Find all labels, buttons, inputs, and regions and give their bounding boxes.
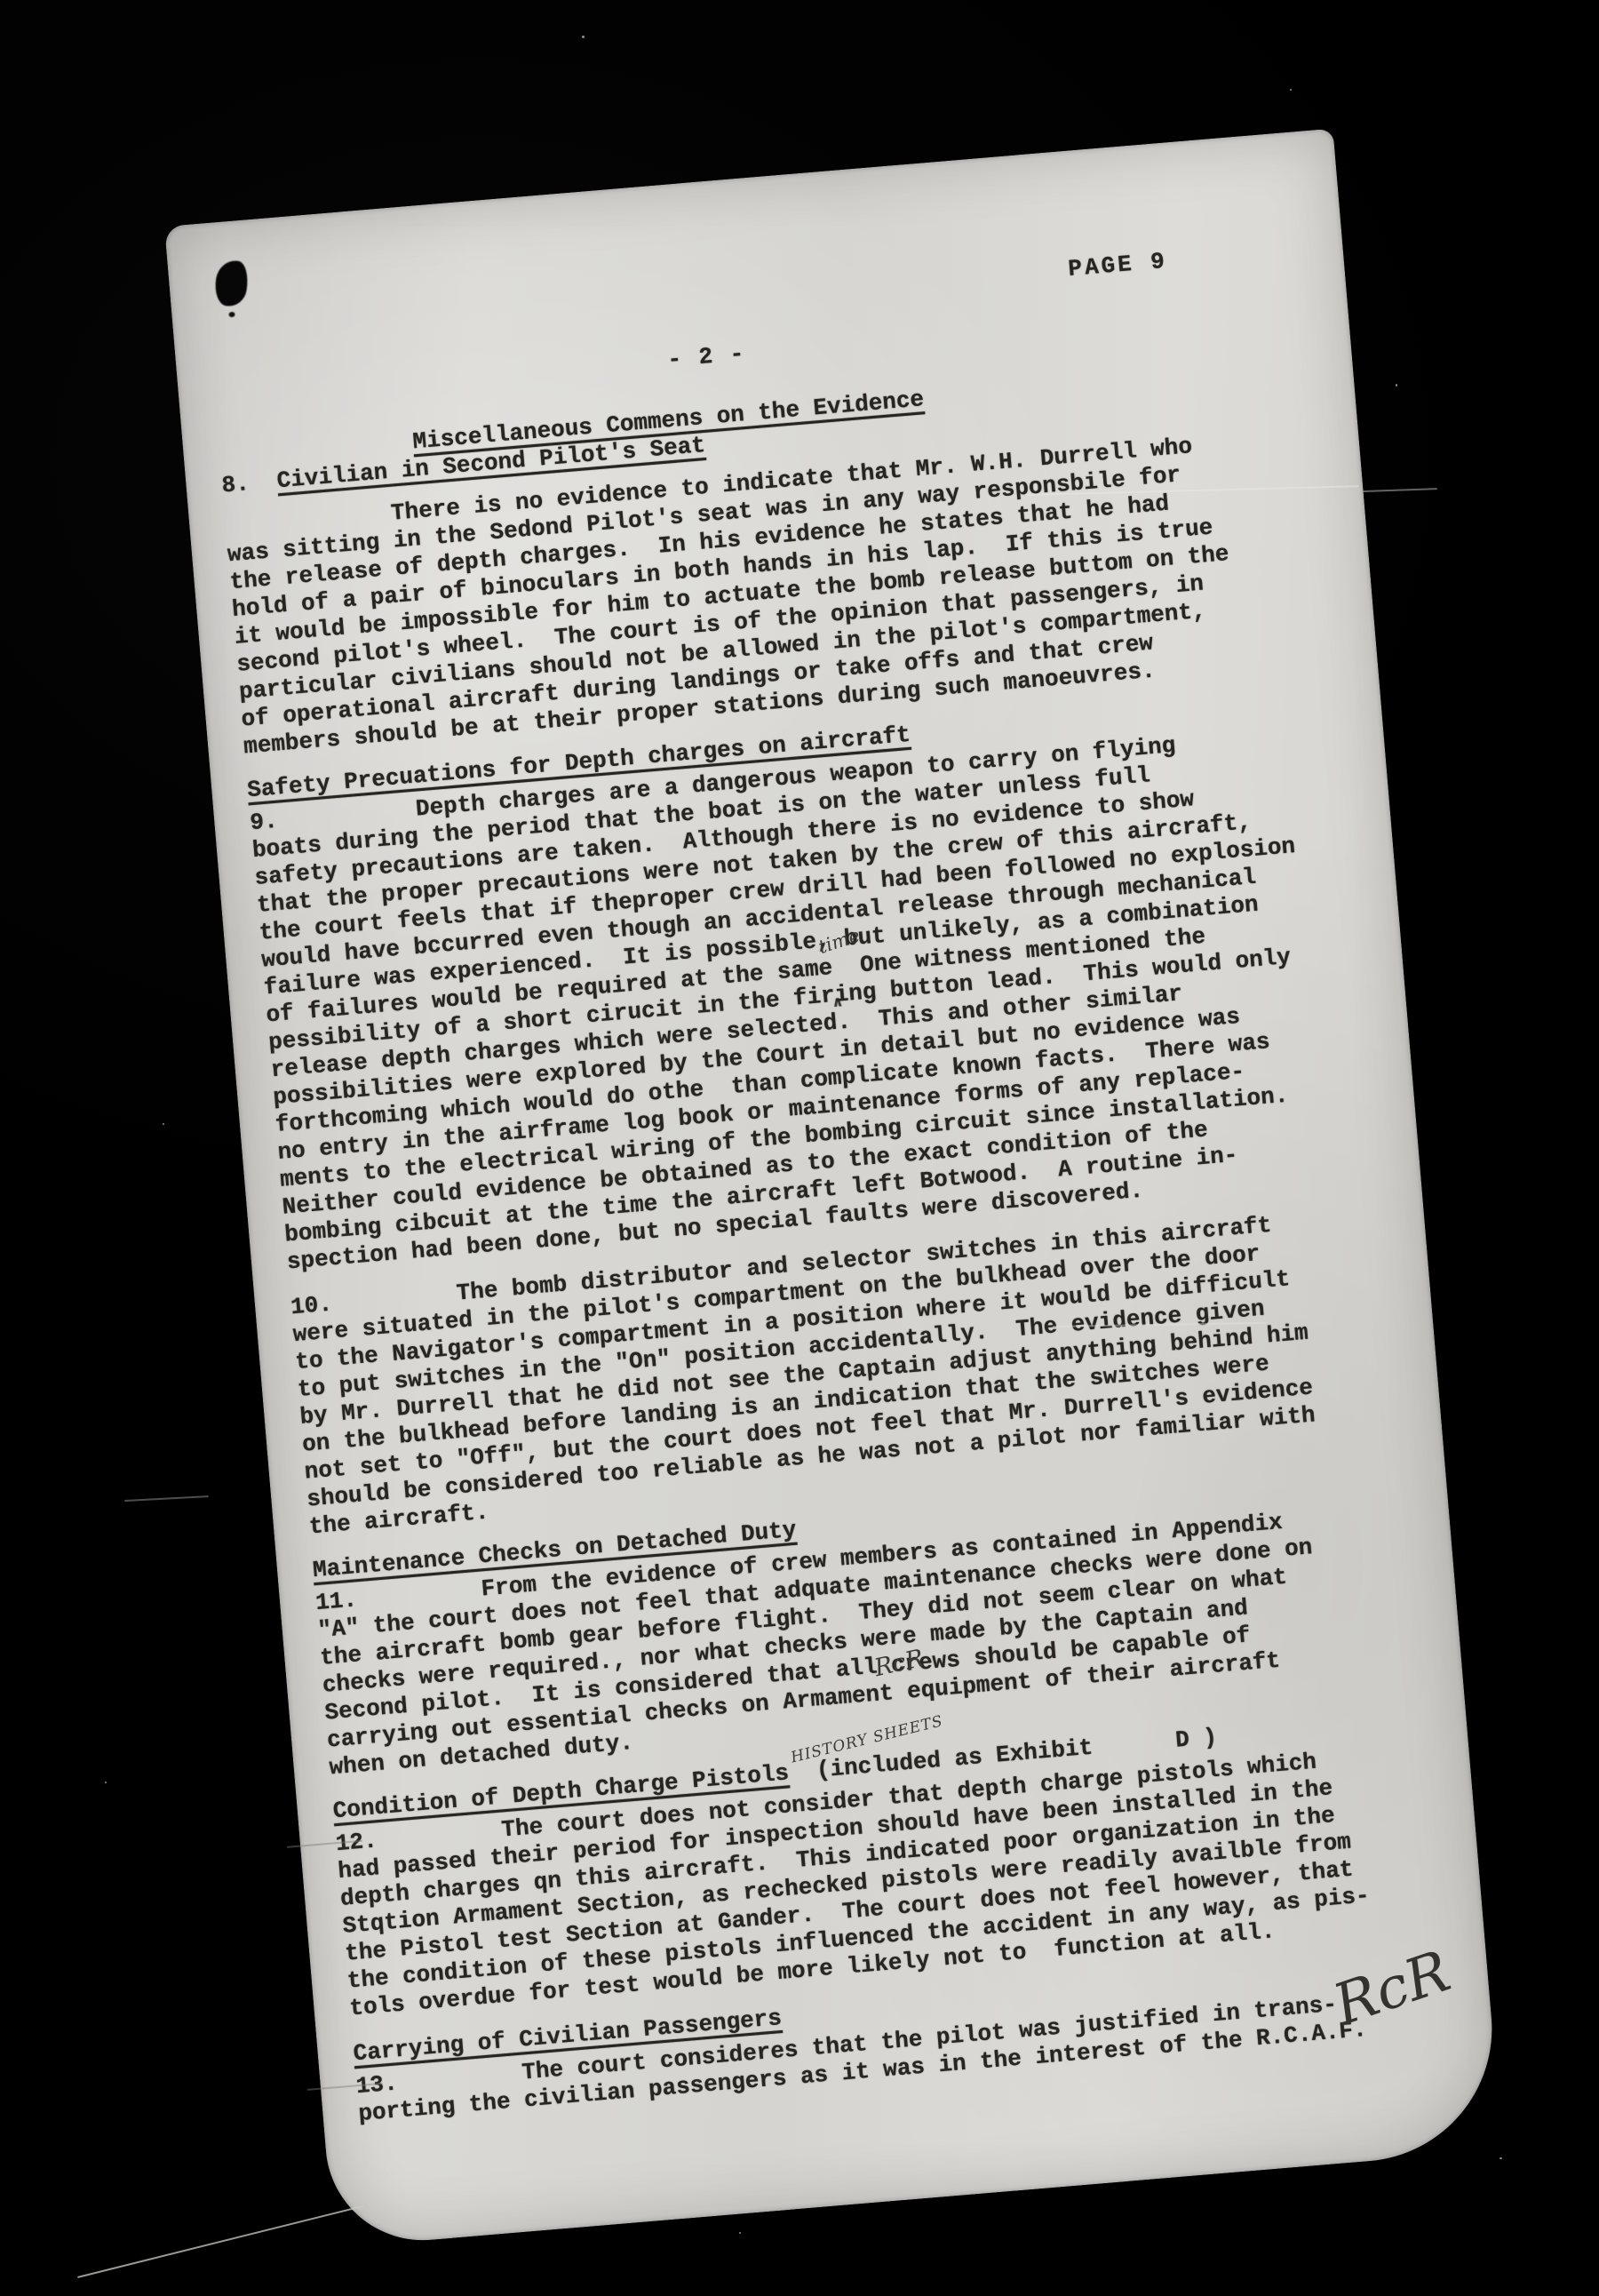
scratch-line	[1363, 488, 1437, 492]
scratch-line	[77, 2205, 364, 2278]
ink-speck	[228, 312, 235, 318]
dust-speck	[582, 36, 585, 38]
dust-speck	[1396, 384, 1397, 387]
scanned-document-photo: PAGE 9 - 2 - Miscellaneous Commens on th…	[0, 0, 1599, 2296]
scratch-line	[124, 1495, 209, 1502]
dust-speck	[163, 1123, 164, 1125]
ink-blot	[212, 258, 251, 308]
dust-speck	[105, 1782, 107, 1783]
page-number: - 2 -	[666, 340, 746, 373]
dust-speck	[739, 2232, 741, 2234]
dust-speck	[1290, 89, 1292, 91]
document-text: Miscellaneous Commens on the Evidence8. …	[219, 352, 1467, 2128]
dust-speck	[1500, 2157, 1502, 2159]
document-page: PAGE 9 - 2 - Miscellaneous Commens on th…	[164, 129, 1502, 2248]
page-label: PAGE 9	[1067, 248, 1168, 283]
